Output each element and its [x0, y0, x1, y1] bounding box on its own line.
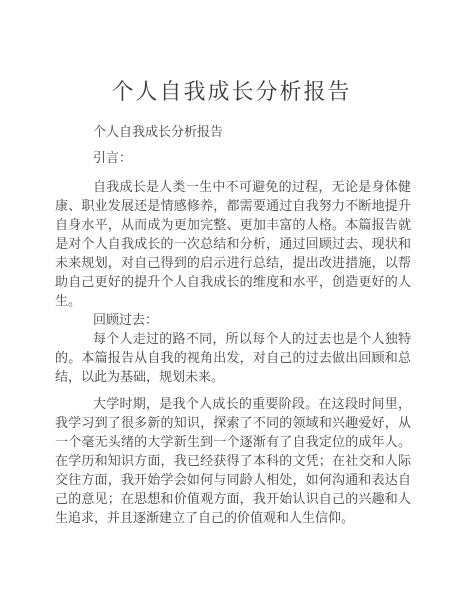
- review-past-paragraph-1: 每个人走过的路不同，所以每个人的过去也是个人独特的。本篇报告从自我的视角出发，对…: [55, 329, 411, 386]
- section-heading-review-past: 回顾过去：: [55, 310, 411, 329]
- section-heading-introduction: 引言：: [55, 148, 411, 167]
- review-past-paragraph-2: 大学时期，是我个人成长的重要阶段。在这段时间里，我学习到了很多新的知识，探索了不…: [55, 394, 411, 527]
- document-subtitle: 个人自我成长分析报告: [55, 122, 411, 141]
- introduction-paragraph: 自我成长是人类一生中不可避免的过程，无论是身体健康、职业发展还是情感修养，都需要…: [55, 177, 411, 310]
- document-page: 个人自我成长分析报告 个人自我成长分析报告 引言： 自我成长是人类一生中不可避免…: [0, 0, 463, 600]
- document-body: 个人自我成长分析报告 引言： 自我成长是人类一生中不可避免的过程，无论是身体健康…: [55, 122, 411, 527]
- document-title: 个人自我成长分析报告: [0, 0, 463, 106]
